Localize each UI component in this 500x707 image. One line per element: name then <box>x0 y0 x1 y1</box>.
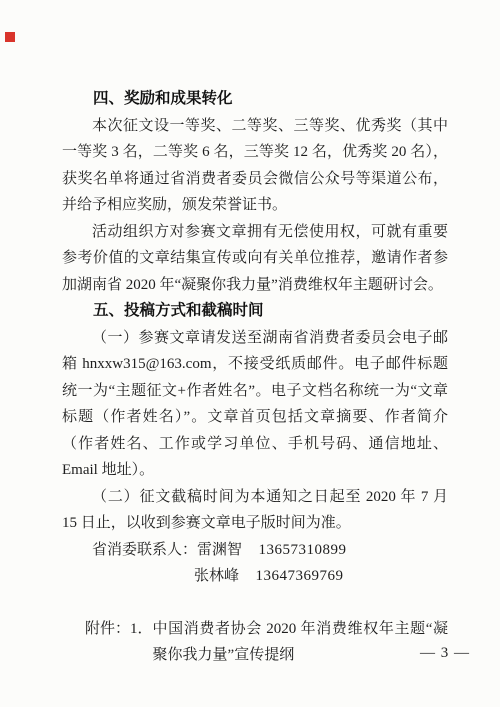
attachment-item-title: 中国消费者协会 2020 年消费维权年主题“凝聚你我力量”宣传提纲 <box>153 616 448 669</box>
paragraph-awards-prizes: 本次征文设一等奖、二等奖、三等奖、优秀奖（其中一等奖 3 名，二等奖 6 名，三… <box>62 113 448 219</box>
attachment-item-number: 1． <box>130 616 153 669</box>
contact-phone-1: 13657310899 <box>259 542 347 558</box>
attachment-note: 附件： 1． 中国消费者协会 2020 年消费维权年主题“凝聚你我力量”宣传提纲 <box>62 616 448 669</box>
section-heading-awards: 四、奖励和成果转化 <box>62 86 448 113</box>
section-heading-submission: 五、投稿方式和截稿时间 <box>62 298 448 325</box>
contact-row-2: 张林峰13647369769 <box>62 563 448 590</box>
paragraph-deadline: （二）征文截稿时间为本通知之日起至 2020 年 7 月 15 日止，以收到参赛… <box>62 484 448 537</box>
attachment-label: 附件： <box>85 616 130 669</box>
contact-name-2: 张林峰 <box>194 563 239 590</box>
paragraph-usage-rights: 活动组织方对参赛文章拥有无偿使用权，可就有重要参考价值的文章结集宣传或向有关单位… <box>62 219 448 299</box>
red-margin-mark <box>5 32 15 42</box>
document-page: 四、奖励和成果转化 本次征文设一等奖、二等奖、三等奖、优秀奖（其中一等奖 3 名… <box>0 0 500 707</box>
paragraph-submission-email: （一）参赛文章请发送至湖南省消费者委员会电子邮箱 hnxxw315@163.co… <box>62 325 448 484</box>
contact-row-1: 省消委联系人：雷渊智13657310899 <box>62 537 448 564</box>
document-body: 四、奖励和成果转化 本次征文设一等奖、二等奖、三等奖、优秀奖（其中一等奖 3 名… <box>62 86 448 669</box>
contact-phone-2: 13647369769 <box>256 568 344 584</box>
contact-name-1: 雷渊智 <box>197 537 242 564</box>
contact-label: 省消委联系人： <box>92 537 197 564</box>
page-number: — 3 — <box>420 645 470 662</box>
